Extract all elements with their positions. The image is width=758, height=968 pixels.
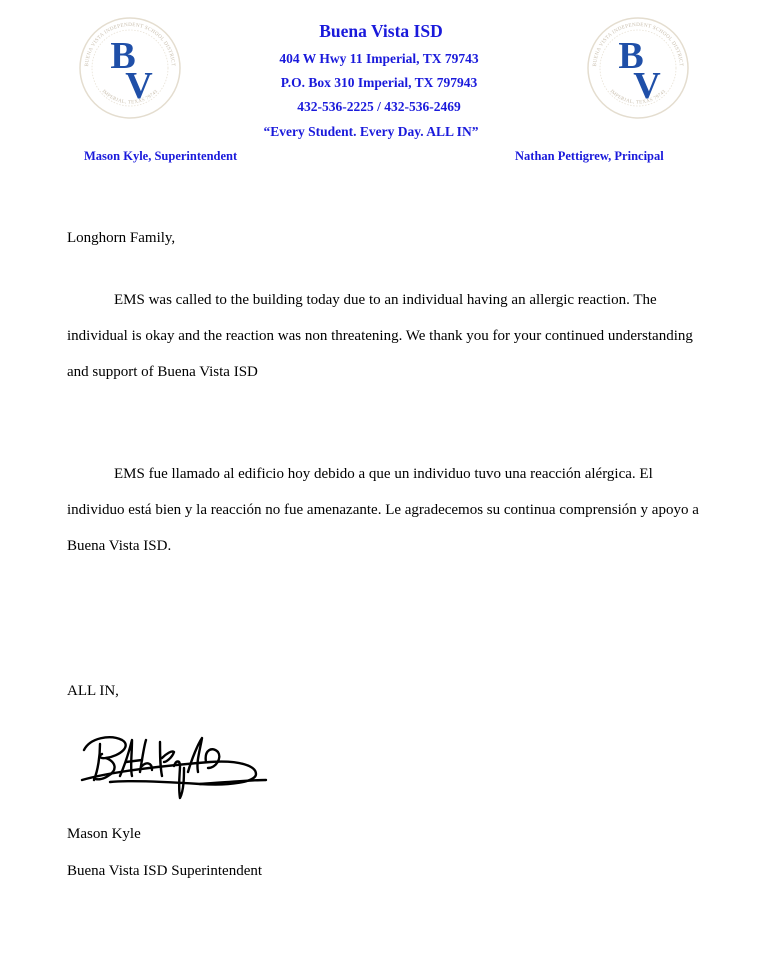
paragraph-spanish: EMS fue llamado al edificio hoy debido a… <box>67 456 707 564</box>
district-name: Buena Vista ISD <box>2 21 758 42</box>
paragraph-english: EMS was called to the building today due… <box>67 282 707 390</box>
signer-name: Mason Kyle <box>67 826 141 843</box>
phone-numbers: 432-536-2225 / 432-536-2469 <box>0 99 758 115</box>
signature-icon <box>80 732 270 804</box>
signature <box>80 732 270 804</box>
district-motto: “Every Student. Every Day. ALL IN” <box>0 124 750 140</box>
superintendent-name: Mason Kyle, Superintendent <box>84 149 237 164</box>
closing: ALL IN, <box>67 683 119 700</box>
salutation: Longhorn Family, <box>67 227 707 249</box>
paragraph-spanish-text: EMS fue llamado al edificio hoy debido a… <box>67 466 699 554</box>
paragraph-english-text: EMS was called to the building today due… <box>67 292 693 380</box>
signer-title: Buena Vista ISD Superintendent <box>67 863 262 880</box>
street-address: 404 W Hwy 11 Imperial, TX 79743 <box>0 51 758 67</box>
po-box-address: P.O. Box 310 Imperial, TX 797943 <box>0 75 758 91</box>
principal-name: Nathan Pettigrew, Principal <box>515 149 664 164</box>
